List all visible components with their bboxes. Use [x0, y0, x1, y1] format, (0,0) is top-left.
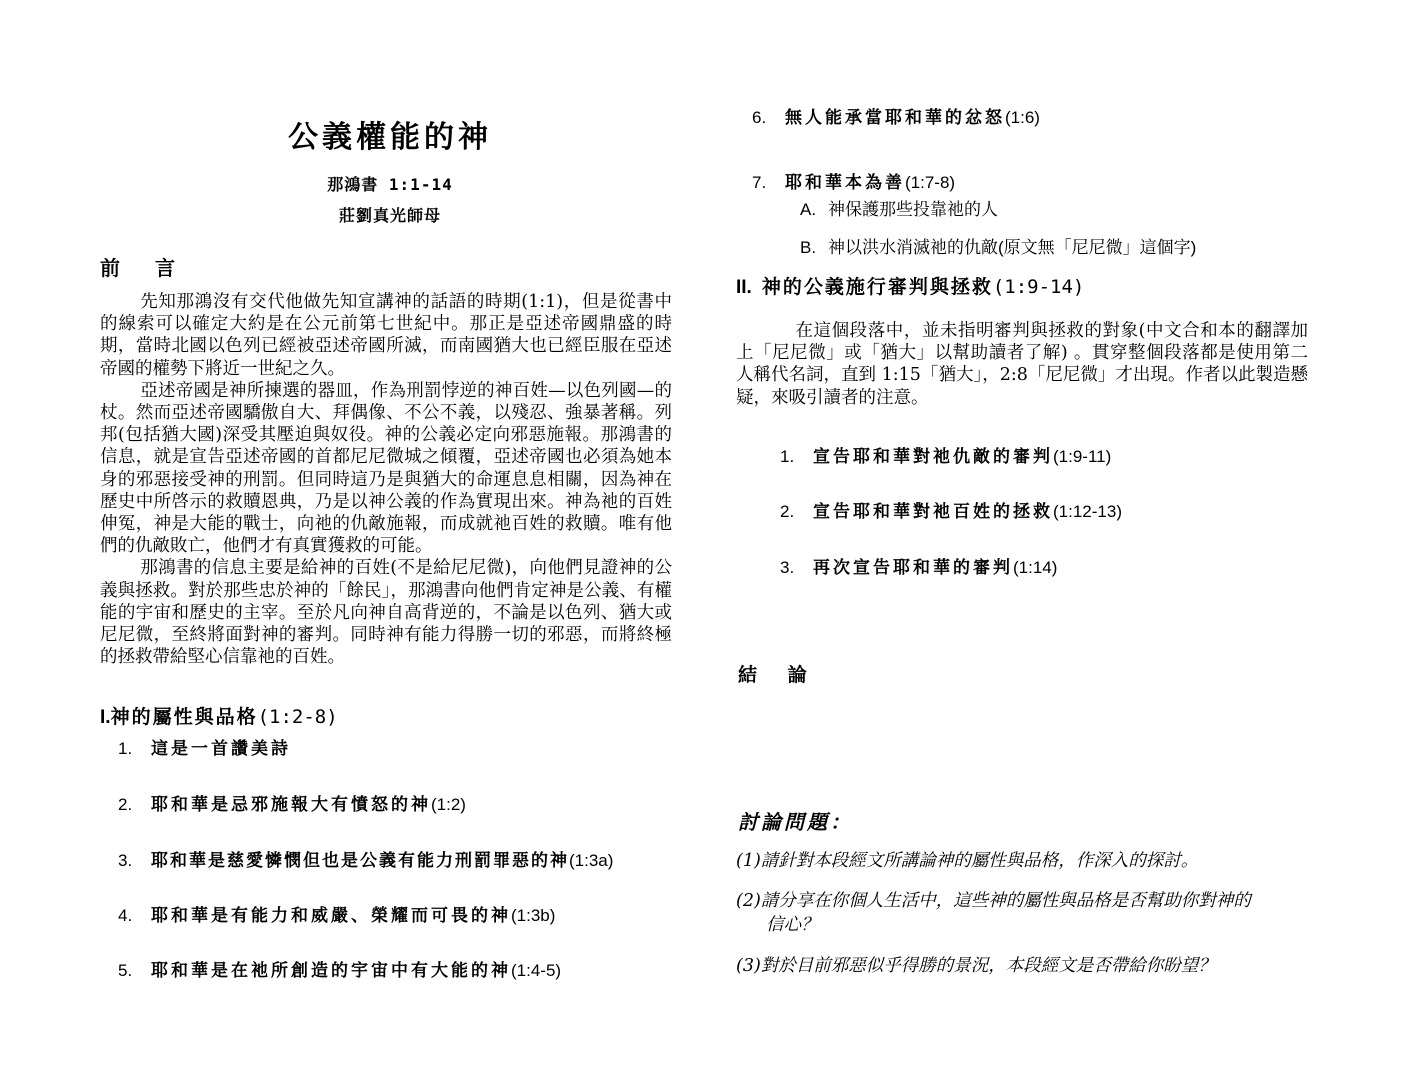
- author: 莊劉真光師母: [0, 203, 780, 226]
- intro-body: 先知那鴻沒有交代他做先知宣講神的話語的時期(1:1)，但是從書中的線索可以確定大…: [100, 291, 672, 668]
- list-item: 7.耶和華本為善(1:7-8): [752, 168, 955, 193]
- section-2-body: 在這個段落中，並未指明審判與拯救的對象(中文合和本的翻譯加上「尼尼微」或「猶大」…: [736, 320, 1308, 409]
- section-title: 神的屬性與品格: [111, 706, 258, 728]
- list-item: 4.耶和華是有能力和威嚴、榮耀而可畏的神(1:3b): [118, 901, 555, 926]
- section-2-heading: II.神的公義施行審判與拯救(1:9-14): [736, 272, 1084, 299]
- list-item: 3.耶和華是慈愛憐憫但也是公義有能力刑罰罪惡的神(1:3a): [118, 846, 613, 871]
- sub-list-item: B.神以洪水消滅祂的仇敵(原文無「尼尼微」這個字): [800, 233, 1196, 258]
- intro-paragraph: 亞述帝國是神所揀選的器皿，作為刑罰悖逆的神百姓—以色列國—的杖。然而亞述帝國驕傲…: [100, 380, 672, 558]
- section-ref: (1:2-8): [258, 706, 338, 728]
- page-title: 公義權能的神: [0, 112, 780, 156]
- section-ref: (1:9-14): [993, 276, 1085, 298]
- section-title: 神的公義施行審判與拯救: [762, 276, 993, 298]
- list-item: 2.宣告耶和華對祂百姓的拯救(1:12-13): [780, 497, 1122, 522]
- list-item: 5.耶和華是在祂所創造的宇宙中有大能的神(1:4-5): [118, 956, 561, 981]
- list-item: 1.這是一首讚美詩: [118, 734, 291, 759]
- section-numeral: I.: [100, 707, 111, 728]
- discussion-heading: 討論問題：: [738, 806, 853, 835]
- discussion-question: (2)請分享在你個人生活中，這些神的屬性與品格是否幫助你對神的 信心？: [736, 889, 1316, 937]
- intro-paragraph: 先知那鴻沒有交代他做先知宣講神的話語的時期(1:1)，但是從書中的線索可以確定大…: [100, 291, 672, 380]
- discussion-question: (1)請針對本段經文所講論神的屬性與品格，作深入的探討。: [736, 849, 1316, 873]
- intro-paragraph: 那鴻書的信息主要是給神的百姓(不是給尼尼微)，向他們見證神的公義與拯救。對於那些…: [100, 557, 672, 668]
- section-1-heading: I.神的屬性與品格(1:2-8): [100, 702, 338, 729]
- conclusion-heading: 結 論: [738, 660, 819, 687]
- list-item: 3.再次宣告耶和華的審判(1:14): [780, 553, 1057, 578]
- list-item: 6.無人能承當耶和華的忿怒(1:6): [752, 103, 1040, 128]
- discussion-question: (3)對於目前邪惡似乎得勝的景況，本段經文是否帶給你盼望？: [736, 954, 1316, 978]
- scripture-reference: 那鴻書 1:1-14: [0, 172, 780, 195]
- intro-heading: 前 言: [100, 252, 189, 281]
- section-numeral: II.: [736, 277, 752, 298]
- sub-list-item: A.神保護那些投靠祂的人: [800, 195, 998, 220]
- list-item: 1.宣告耶和華對祂仇敵的審判(1:9-11): [780, 442, 1111, 467]
- list-item: 2.耶和華是忌邪施報大有憤怒的神(1:2): [118, 790, 466, 815]
